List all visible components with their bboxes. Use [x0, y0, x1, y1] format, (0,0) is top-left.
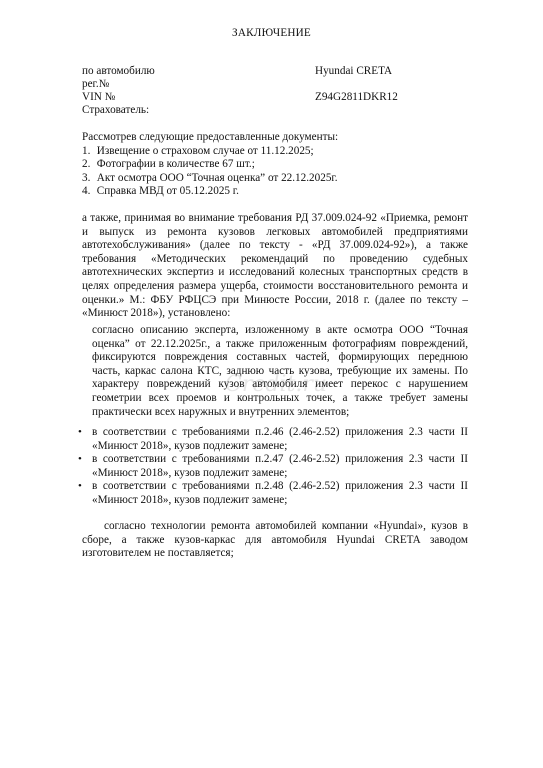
list-item: 1. Извещение о страховом случае от 11.12…: [82, 145, 482, 159]
list-item: в соответствии с требованиями п.2.48 (2.…: [82, 480, 468, 507]
list-item: в соответствии с требованиями п.2.47 (2.…: [82, 453, 468, 480]
conclusions-list: в соответствии с требованиями п.2.46 (2.…: [82, 426, 468, 508]
field-label: рег.№: [82, 78, 109, 92]
manufacturer-paragraph: согласно технологии ремонта автомобилей …: [82, 520, 468, 561]
list-item: 4. Справка МВД от 05.12.2025 г.: [82, 185, 482, 199]
field-label: Страхователь:: [82, 104, 149, 118]
document-page: ЗАКЛЮЧЕНИЕ по автомобилю Hyundai CRETA р…: [0, 0, 543, 768]
field-label: по автомобилю: [82, 65, 155, 79]
findings-paragraph: согласно описанию эксперта, изложенному …: [92, 324, 468, 419]
list-item: в соответствии с требованиями п.2.46 (2.…: [82, 426, 468, 453]
field-label: VIN №: [82, 91, 115, 105]
field-value: Z94G2811DKR12: [315, 91, 398, 105]
documents-list-section: Рассмотрев следующие предоставленные док…: [82, 131, 482, 199]
field-value: Hyundai CRETA: [315, 65, 392, 79]
documents-list: 1. Извещение о страховом случае от 11.12…: [82, 145, 482, 199]
requirements-paragraph: а также, принимая во внимание требования…: [82, 212, 468, 321]
list-item: 2. Фотографии в количестве 67 шт.;: [82, 158, 482, 172]
documents-intro: Рассмотрев следующие предоставленные док…: [82, 131, 482, 145]
list-item: 3. Акт осмотра ООО “Точная оценка” от 22…: [82, 172, 482, 186]
document-title: ЗАКЛЮЧЕНИЕ: [0, 27, 543, 41]
